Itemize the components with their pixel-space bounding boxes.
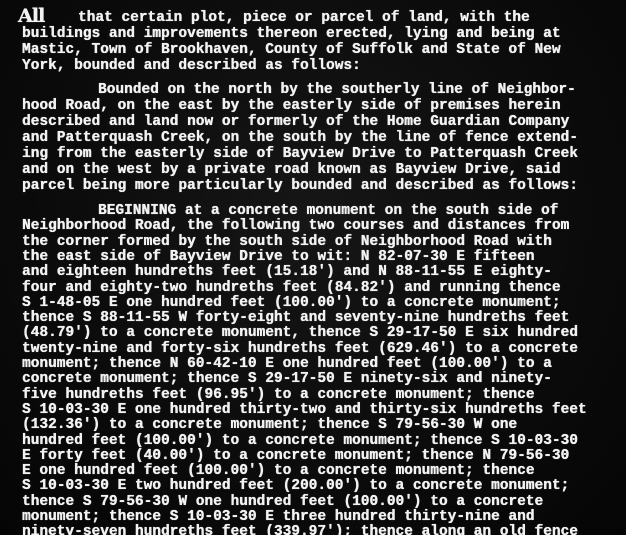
- text-line: thence S 79-56-30 W one hundred feet (10…: [22, 494, 543, 510]
- text-line: and Patterquash Creek, on the south by t…: [22, 130, 578, 146]
- text-line: E one hundred feet (100.00') to a concre…: [22, 463, 534, 479]
- text-line: twenty-nine and forty-six hundreths feet…: [22, 341, 578, 357]
- text-line: described and land now or formerly of th…: [22, 114, 569, 130]
- text-line: E forty feet (40.00') to a concrete monu…: [22, 448, 569, 464]
- text-line: S 10-03-30 E two hundred feet (200.00') …: [22, 478, 569, 494]
- text-line: S 10-03-30 E one hundred thirty-two and …: [22, 402, 587, 418]
- text-line: that certain plot, piece or parcel of la…: [78, 10, 530, 26]
- text-line: the corner formed by the south side of N…: [22, 234, 552, 250]
- text-line: parcel being more particularly bounded a…: [22, 178, 578, 194]
- text-line: (48.79') to a concrete monument, thence …: [22, 325, 578, 341]
- text-line: thence S 88-11-55 W forty-eight and seve…: [22, 310, 569, 326]
- text-line: S 1-48-05 E one hundred feet (100.00') t…: [22, 295, 561, 311]
- scanned-deed-page: All that certain plot, piece or parcel o…: [0, 0, 626, 535]
- text-line: Neighborhood Road, the following two cou…: [22, 218, 569, 234]
- decorative-initial: All: [18, 8, 44, 24]
- text-line: Mastic, Town of Brookhaven, County of Su…: [22, 42, 561, 58]
- text-line: and on the west by a private road known …: [22, 162, 561, 178]
- text-line: hood Road, on the east by the easterly s…: [22, 98, 561, 114]
- text-line: concrete monument; thence S 29-17-50 E n…: [22, 371, 552, 387]
- text-line: and eighteen hundreths feet (15.18') and…: [22, 264, 552, 280]
- text-line: five hundreths feet (96.95') to a concre…: [22, 387, 534, 403]
- text-line: Bounded on the north by the southerly li…: [98, 82, 576, 98]
- text-line: buildings and improvements thereon erect…: [22, 26, 561, 42]
- text-line: monument; thence N 60-42-10 E one hundre…: [22, 356, 552, 372]
- text-line: four and eighty-two hundreths feet (84.8…: [22, 280, 561, 296]
- text-line: York, bounded and described as follows:: [22, 58, 361, 74]
- text-line: hundred feet (100.00') to a concrete mon…: [22, 433, 578, 449]
- text-line: ing from the easterly side of Bayview Dr…: [22, 146, 578, 162]
- text-line: ninety-seven hundreths feet (339.97'); t…: [22, 524, 578, 535]
- text-line: the east side of Bayview Drive to wit: N…: [22, 249, 534, 265]
- text-line: BEGINNING at a concrete monument on the …: [98, 203, 558, 219]
- text-line: (132.36') to a concrete monument; thence…: [22, 417, 517, 433]
- text-line: monument; thence S 10-03-30 E three hund…: [22, 509, 534, 525]
